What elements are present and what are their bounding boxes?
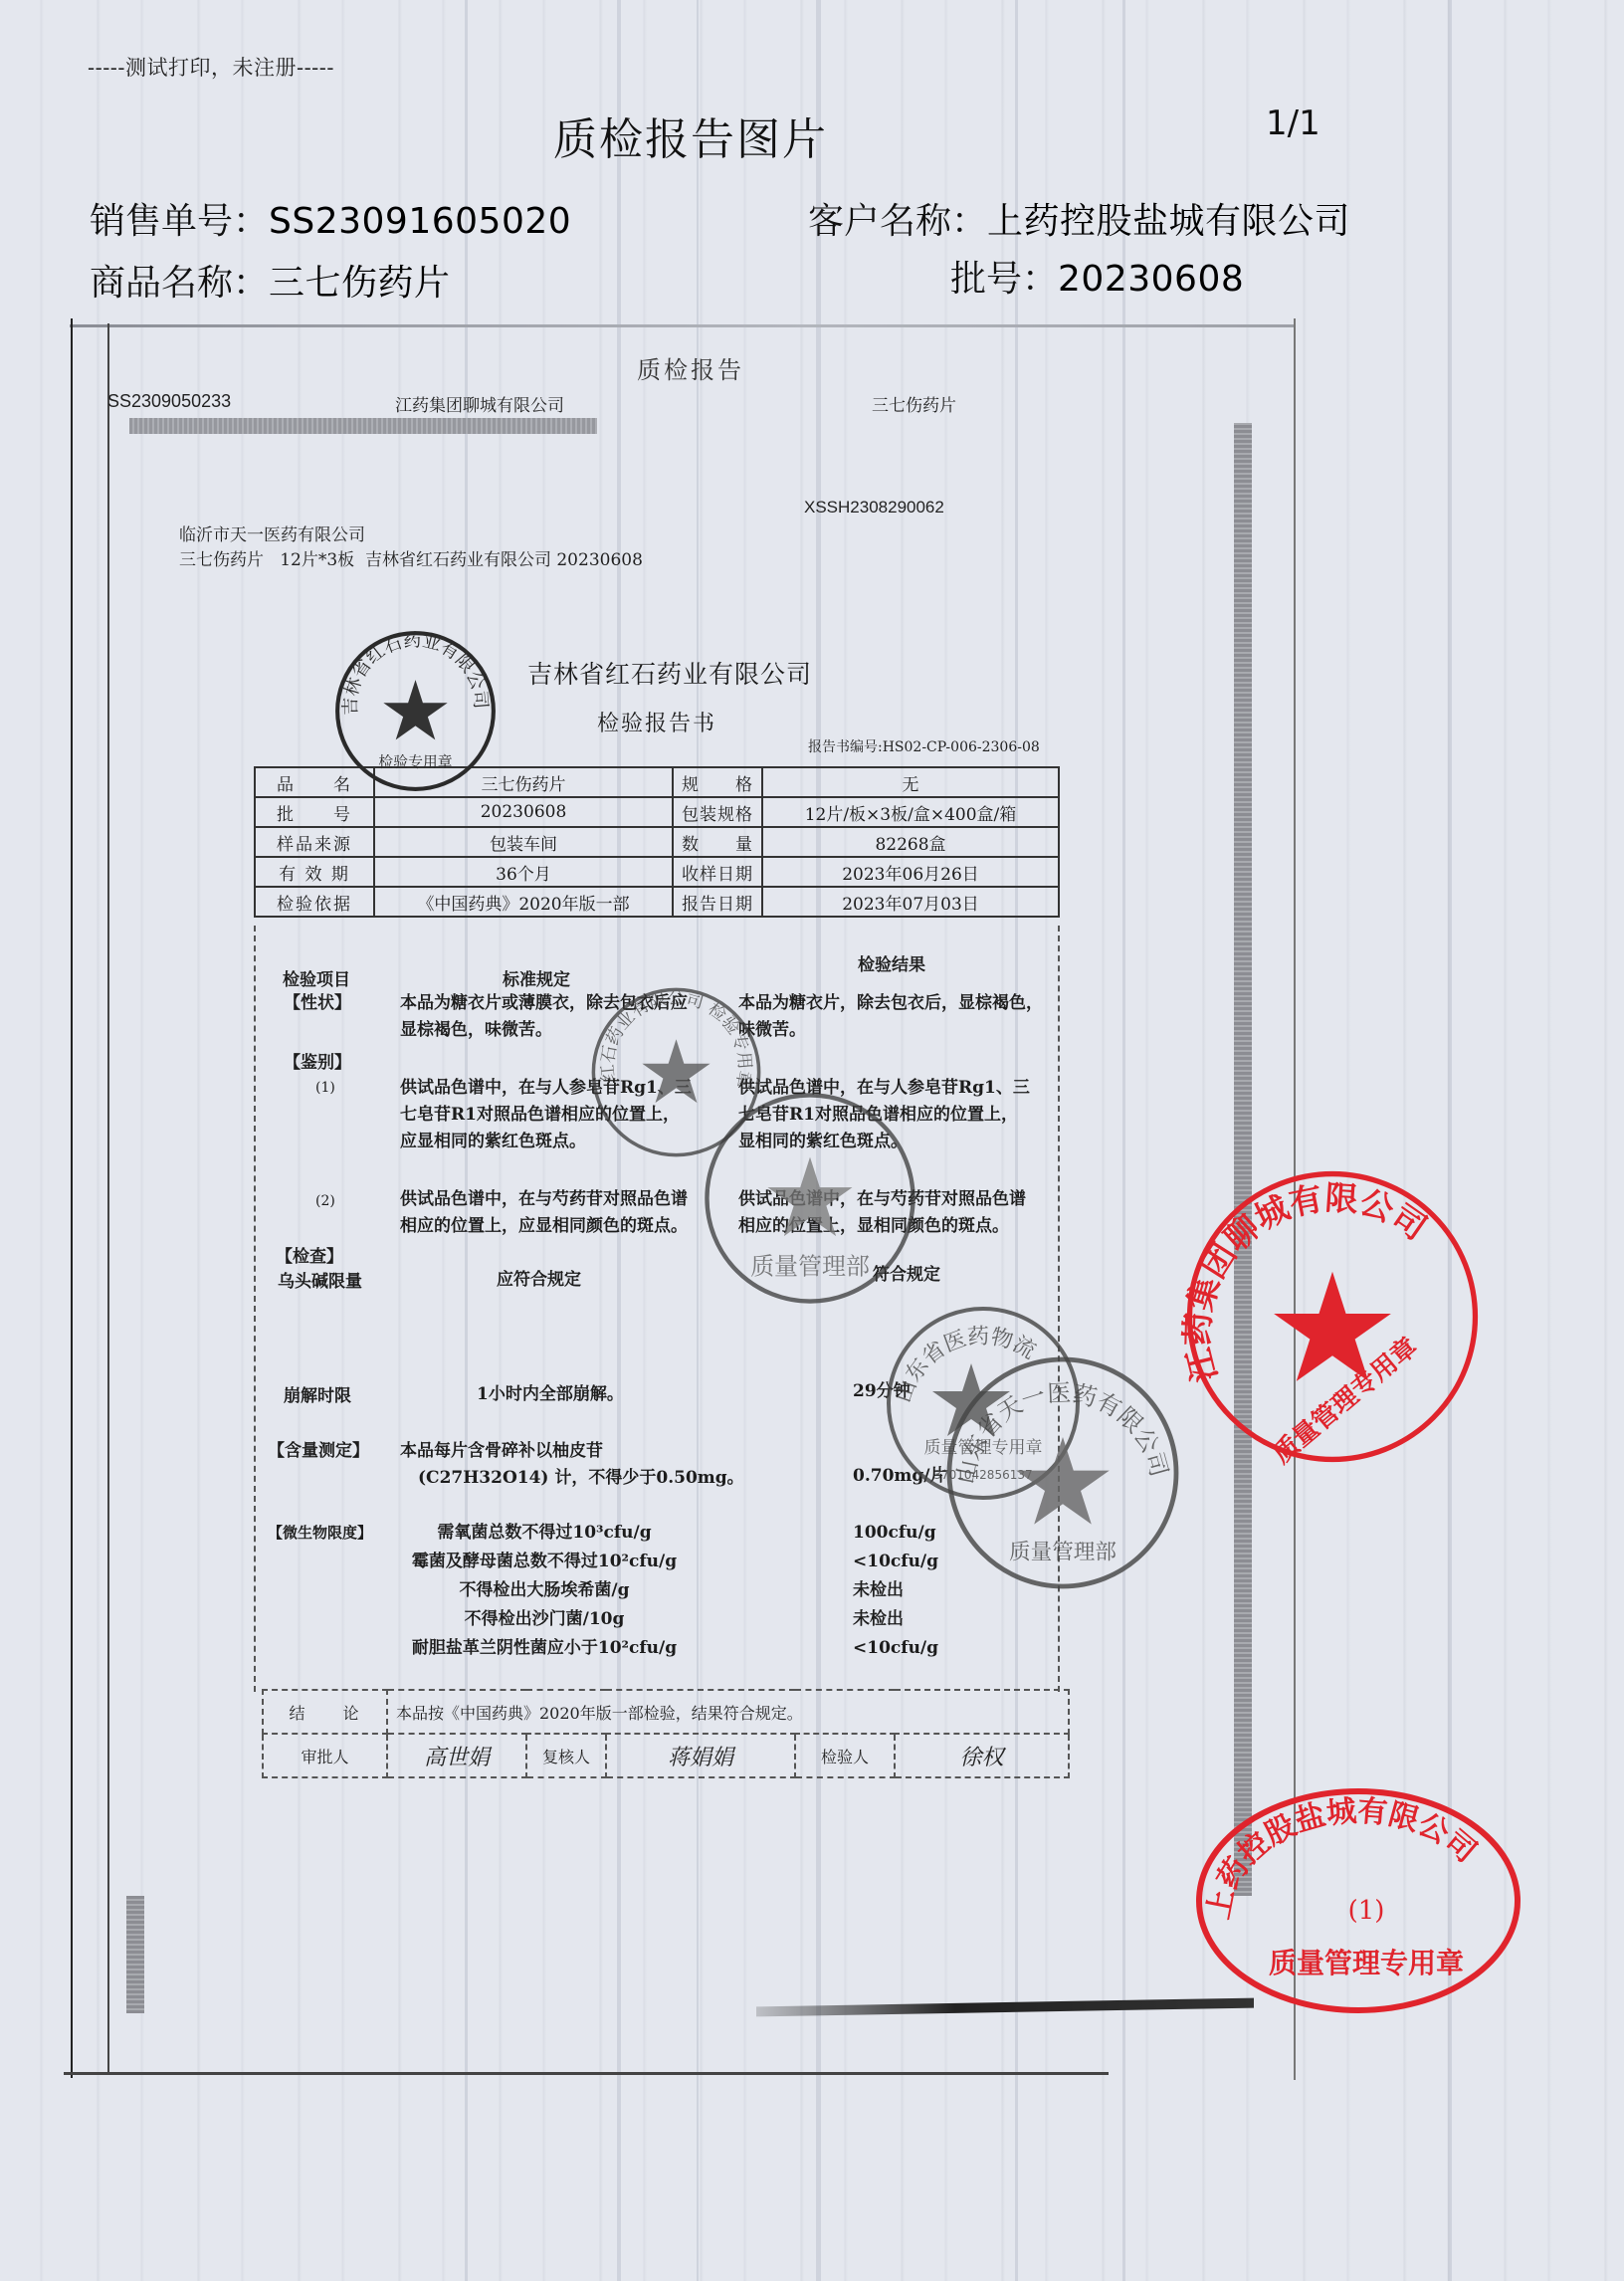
microbial-standard-line: 不得检出大肠埃希菌/g [405, 1576, 684, 1605]
customer-value: 上药控股盐城有限公司 [987, 201, 1350, 242]
info-label: 有 效 期 [255, 857, 374, 887]
microbial-result-line: 未检出 [853, 1576, 938, 1605]
info-value: 12片/板×3板/盒×400盒/箱 [762, 797, 1059, 827]
sheet-top-border [70, 324, 1294, 327]
microbial-result-line: 未检出 [853, 1605, 938, 1634]
microbial-standard-line: 霉菌及酵母菌总数不得过10²cfu/g [405, 1548, 684, 1576]
test-standard-disintegration: 1小时内全部崩解。 [477, 1381, 624, 1408]
certificate-company: 吉林省红石药业有限公司 [527, 655, 812, 691]
sales-number-label: 销售单号： [90, 201, 269, 242]
test-result-microbial: 100cfu/g<10cfu/g未检出未检出<10cfu/g [853, 1519, 938, 1662]
watermark-text: -----测试打印，未注册----- [88, 52, 334, 82]
info-value: 包装车间 [374, 827, 673, 857]
svg-text:(1): (1) [1348, 1896, 1385, 1926]
inspector-label: 检验人 [795, 1734, 895, 1777]
shangyao-quality-stamp: 上药控股盐城有限公司 (1) 质量管理专用章 [1189, 1781, 1527, 2020]
test-standard-microbial: 需氧菌总数不得过10³cfu/g霉菌及酵母菌总数不得过10²cfu/g不得检出大… [405, 1519, 684, 1662]
info-value: 20230608 [374, 797, 673, 827]
microbial-standard-line: 需氧菌总数不得过10³cfu/g [405, 1519, 684, 1548]
test-label-assay: 【含量测定】 [268, 1438, 369, 1465]
approver-label: 审批人 [263, 1734, 387, 1777]
seal-icon: 吉林省红石药业有限公司 检验专用章 [333, 629, 498, 793]
qa-department-stamp: 质量管理部 [702, 1090, 918, 1307]
scan-shadow-bar [126, 1896, 144, 2013]
text-line: 本品每片含骨碎补以柚皮苷 [400, 1438, 744, 1465]
scan-shadow-bar [129, 418, 597, 434]
test-label-microbial: 【微生物限度】 [268, 1521, 372, 1545]
conclusion-text: 本品按《中国药典》2020年版一部检验，结果符合规定。 [387, 1690, 1069, 1734]
info-label: 检验依据 [255, 887, 374, 917]
svg-text:上药控股盐城有限公司: 上药控股盐城有限公司 [1201, 1793, 1483, 1922]
svg-text:质量管理专用章: 质量管理专用章 [1269, 1947, 1464, 1979]
svg-text:检验专用章: 检验专用章 [378, 753, 452, 771]
info-row: 样品来源包装车间数 量82268盒 [255, 827, 1059, 857]
info-label: 批 号 [255, 797, 374, 827]
test-standard-identification-2: 供试品色谱中，在与芍药苷对照品色谱 相应的位置上，应显相同颜色的斑点。 [400, 1186, 688, 1240]
info-row: 检验依据《中国药典》2020年版一部报告日期2023年07月03日 [255, 887, 1059, 917]
scan-shadow-bar [1234, 423, 1252, 1896]
identification-2-number: (2) [315, 1190, 335, 1212]
certificate-report-number: 报告书编号:HS02-CP-006-2306-08 [808, 736, 1040, 756]
info-value: 无 [762, 767, 1059, 797]
sheet-left-border [71, 318, 73, 2078]
text-line: 供试品色谱中，在与芍药苷对照品色谱 [400, 1186, 688, 1213]
conclusion-label: 结 论 [263, 1690, 387, 1734]
test-result-character: 本品为糖衣片，除去包衣后，显棕褐色， 味微苦。 [738, 990, 1043, 1044]
page-title: 质检报告图片 [553, 104, 828, 167]
microbial-result-line: 100cfu/g [853, 1519, 938, 1548]
hongshi-inspection-stamp: 吉林省红石药业有限公司 检验专用章 [333, 629, 498, 793]
microbial-standard-line: 耐胆盐革兰阴性菌应小于10²cfu/g [405, 1634, 684, 1663]
microbial-standard-line: 不得检出沙门菌/10g [405, 1605, 684, 1634]
info-label: 收样日期 [673, 857, 762, 887]
microbial-result-line: <10cfu/g [853, 1548, 938, 1576]
test-label-check: 【检查】 [276, 1244, 343, 1271]
seal-icon: 山东省天一医药有限公司 质量管理部 [943, 1353, 1182, 1592]
test-standard-aconitine: 应符合规定 [497, 1267, 581, 1294]
certificate-title: 检验报告书 [597, 707, 716, 737]
shandong-tianyi-stamp: 山东省天一医药有限公司 质量管理部 [943, 1353, 1182, 1592]
text-line: 相应的位置上，应显相同颜色的斑点。 [400, 1213, 688, 1240]
scan-item-line: 三七伤药片 12片*3板 吉林省红石药业有限公司 20230608 [179, 545, 643, 570]
microbial-result-line: <10cfu/g [853, 1634, 938, 1663]
reviewer-signature: 蒋娟娟 [606, 1734, 795, 1777]
scan-reference-number: XSSH2308290062 [804, 498, 944, 518]
product-value: 三七伤药片 [269, 263, 451, 304]
identification-1-number: (1) [315, 1077, 335, 1099]
test-label-aconitine: 乌头碱限量 [278, 1269, 362, 1296]
svg-text:质量管理部: 质量管理部 [1009, 1540, 1116, 1564]
info-value: 2023年06月26日 [762, 857, 1059, 887]
batch-label: 批号： [950, 259, 1058, 300]
seal-icon: 质量管理部 [702, 1090, 918, 1307]
test-standard-assay: 本品每片含骨碎补以柚皮苷 (C27H32O14) 计，不得少于0.50mg。 [400, 1438, 744, 1492]
jiangyao-quality-stamp: 江药集团聊城有限公司 质量管理专用章 [1182, 1166, 1483, 1467]
text-line: 味微苦。 [738, 1017, 1043, 1044]
sales-number-field: 销售单号：SS23091605020 [90, 193, 571, 244]
page-number: 1/1 [1266, 104, 1320, 143]
approver-signature: 高世娟 [387, 1734, 526, 1777]
sales-number-value: SS23091605020 [269, 201, 571, 242]
column-header-result: 检验结果 [858, 952, 925, 979]
info-value: 36个月 [374, 857, 673, 887]
seal-icon: 江药集团聊城有限公司 质量管理专用章 [1182, 1166, 1483, 1467]
scan-distributor: 临沂市天一医药有限公司 [179, 520, 365, 545]
sheet-inner-border [107, 323, 109, 2075]
scan-streak [1122, 0, 1125, 2281]
test-label-disintegration: 崩解时限 [284, 1383, 351, 1410]
scan-shadow-stroke [756, 1998, 1254, 2017]
text-line: (C27H32O14) 计，不得少于0.50mg。 [400, 1465, 744, 1492]
info-label: 报告日期 [673, 887, 762, 917]
scan-product: 三七伤药片 [872, 391, 956, 416]
test-label-character: 【性状】 [284, 990, 351, 1017]
info-label: 规 格 [673, 767, 762, 797]
sheet-bottom-border [64, 2072, 1109, 2075]
seal-icon: 上药控股盐城有限公司 (1) 质量管理专用章 [1189, 1781, 1527, 2020]
info-value: 《中国药典》2020年版一部 [374, 887, 673, 917]
info-value: 82268盒 [762, 827, 1059, 857]
info-label: 样品来源 [255, 827, 374, 857]
scan-title: 质检报告 [637, 350, 744, 385]
info-label: 数 量 [673, 827, 762, 857]
product-label: 商品名称： [90, 263, 269, 304]
info-row: 批 号20230608包装规格12片/板×3板/盒×400盒/箱 [255, 797, 1059, 827]
scan-supplier: 江药集团聊城有限公司 [395, 391, 564, 416]
inspector-signature: 徐权 [895, 1734, 1069, 1777]
batch-value: 20230608 [1058, 259, 1244, 300]
scan-order-number: SS2309050233 [107, 391, 231, 412]
product-field: 商品名称：三七伤药片 [90, 255, 451, 306]
text-line: 本品为糖衣片，除去包衣后，显棕褐色， [738, 990, 1043, 1017]
info-row: 有 效 期36个月收样日期2023年06月26日 [255, 857, 1059, 887]
customer-label: 客户名称： [808, 201, 987, 242]
info-label: 包装规格 [673, 797, 762, 827]
test-label-identification: 【鉴别】 [284, 1050, 351, 1077]
batch-field: 批号：20230608 [950, 251, 1244, 302]
reviewer-label: 复核人 [526, 1734, 606, 1777]
svg-text:质量管理部: 质量管理部 [750, 1252, 870, 1280]
conclusion-signature-table: 结 论 本品按《中国药典》2020年版一部检验，结果符合规定。 审批人 高世娟 … [262, 1689, 1070, 1778]
info-value: 2023年07月03日 [762, 887, 1059, 917]
customer-field: 客户名称：上药控股盐城有限公司 [808, 193, 1350, 244]
